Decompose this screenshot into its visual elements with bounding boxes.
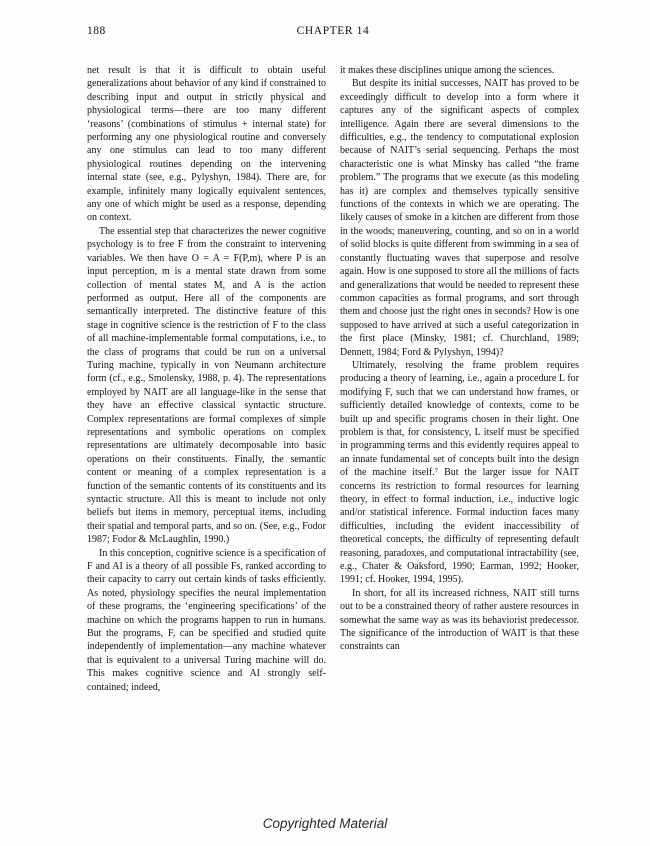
- text-columns: net result is that it is difficult to ob…: [87, 64, 579, 694]
- page-footer: Copyrighted Material: [0, 816, 650, 831]
- paragraph: it makes these disciplines unique among …: [340, 64, 579, 77]
- right-column: it makes these disciplines unique among …: [340, 64, 579, 694]
- copyright-notice: Copyrighted Material: [263, 816, 388, 831]
- paragraph: Ultimately, resolving the frame problem …: [340, 359, 579, 587]
- paragraph: But despite its initial successes, NAIT …: [340, 77, 579, 359]
- book-page: 188 CHAPTER 14 net result is that it is …: [0, 0, 650, 846]
- chapter-title: CHAPTER 14: [87, 25, 579, 37]
- page-header: 188 CHAPTER 14: [87, 25, 579, 41]
- paragraph: The essential step that characterizes th…: [87, 225, 326, 547]
- paragraph: In this conception, cognitive science is…: [87, 547, 326, 694]
- paragraph: net result is that it is difficult to ob…: [87, 64, 326, 225]
- paragraph: In short, for all its increased richness…: [340, 587, 579, 654]
- left-column: net result is that it is difficult to ob…: [87, 64, 326, 694]
